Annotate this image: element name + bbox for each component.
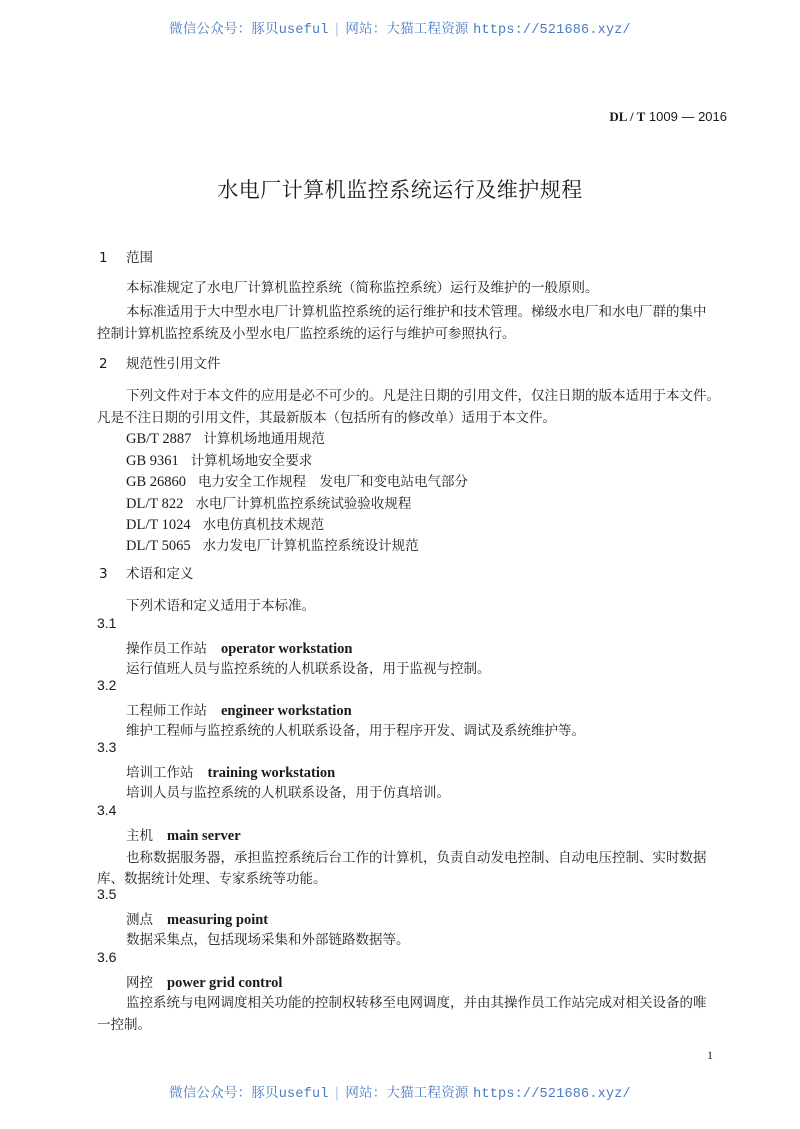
term-heading: 主机main server [126,824,241,845]
term-definition: 培训人员与监控系统的人机联系设备，用于仿真培训。 [126,781,450,801]
section-title: 范围 [126,250,153,266]
section-1-heading: 1范围 [99,246,153,266]
watermark-bottom: 微信公众号：豚贝useful|网站：大猫工程资源 https://521686.… [0,1081,800,1102]
section-3-heading: 3术语和定义 [99,562,194,582]
term-en: power grid control [167,975,282,991]
term-zh: 操作员工作站 [126,641,207,657]
term-zh: 测点 [126,912,153,928]
reference-code: DL/T 822 [126,496,183,513]
watermark-site-label: 网站：大猫工程资源 [345,1085,468,1101]
clause-number: 3.6 [97,949,116,965]
reference-item: DL/T 5065水力发电厂计算机监控系统设计规范 [126,534,419,555]
reference-item: GB/T 2887计算机场地通用规范 [126,427,325,448]
term-heading: 操作员工作站operator workstation [126,637,352,658]
paragraph: 下列术语和定义适用于本标准。 [126,594,315,614]
term-en: measuring point [167,912,268,928]
term-definition-continued: 一控制。 [97,1013,151,1033]
reference-title: 水电厂计算机监控系统试验验收规程 [195,496,411,512]
standard-number: DL / T 1009 — 2016 [609,109,727,125]
term-definition: 监控系统与电网调度相关功能的控制权转移至电网调度，并由其操作员工作站完成对相关设… [126,991,707,1011]
clause-number: 3.2 [97,677,116,693]
watermark-site-label: 网站：大猫工程资源 [345,21,468,37]
clause-number: 3.5 [97,886,116,902]
paragraph: 下列文件对于本文件的应用是必不可少的。凡是注日期的引用文件，仅注日期的版本适用于… [126,384,720,404]
reference-code: GB 26860 [126,474,186,491]
reference-code: DL/T 5065 [126,538,191,555]
watermark-top: 微信公众号：豚贝useful|网站：大猫工程资源 https://521686.… [0,17,800,38]
watermark-separator: | [335,1085,340,1101]
term-definition: 也称数据服务器，承担监控系统后台工作的计算机，负责自动发电控制、自动电压控制、实… [126,846,707,866]
clause-number: 3.4 [97,802,116,818]
watermark-wechat-name: useful [279,23,329,38]
term-definition: 维护工程师与监控系统的人机联系设备，用于程序开发、调试及系统维护等。 [126,719,585,739]
watermark-url[interactable]: https://521686.xyz/ [473,23,631,38]
term-heading: 工程师工作站engineer workstation [126,699,352,720]
term-definition: 数据采集点，包括现场采集和外部链路数据等。 [126,928,410,948]
standard-code: 1009 — 2016 [649,109,727,124]
term-zh: 培训工作站 [126,765,194,781]
paragraph-continued: 凡是不注日期的引用文件，其最新版本（包括所有的修改单）适用于本文件。 [97,406,556,426]
reference-title: 计算机场地通用规范 [203,431,325,447]
page-number: 1 [707,1048,713,1063]
term-zh: 主机 [126,828,153,844]
paragraph-continued: 控制计算机监控系统及小型水电厂监控系统的运行与维护可参照执行。 [97,322,516,342]
section-number: 1 [99,250,126,266]
reference-title: 水电仿真机技术规范 [203,517,325,533]
term-en: main server [167,828,241,844]
clause-number: 3.1 [97,615,116,631]
term-definition: 运行值班人员与监控系统的人机联系设备，用于监视与控制。 [126,657,491,677]
reference-code: GB/T 2887 [126,431,191,448]
term-en: engineer workstation [221,703,352,719]
reference-item: GB 9361计算机场地安全要求 [126,449,312,470]
reference-code: DL/T 1024 [126,517,191,534]
paragraph: 本标准规定了水电厂计算机监控系统（简称监控系统）运行及维护的一般原则。 [126,276,599,296]
reference-item: DL/T 1024水电仿真机技术规范 [126,513,324,534]
reference-code: GB 9361 [126,453,179,470]
section-2-heading: 2规范性引用文件 [99,352,221,372]
term-heading: 网控power grid control [126,971,282,992]
term-en: operator workstation [221,641,352,657]
term-definition-continued: 库、数据统计处理、专家系统等功能。 [97,867,327,887]
reference-title: 电力安全工作规程 发电厂和变电站电气部分 [198,474,468,490]
watermark-separator: | [335,21,340,37]
section-number: 3 [99,566,126,582]
paragraph: 本标准适用于大中型水电厂计算机监控系统的运行维护和技术管理。梯级水电厂和水电厂群… [126,300,707,320]
standard-prefix: DL / T [609,109,645,124]
term-heading: 培训工作站training workstation [126,761,335,782]
watermark-url[interactable]: https://521686.xyz/ [473,1087,631,1102]
term-zh: 工程师工作站 [126,703,207,719]
term-en: training workstation [208,765,336,781]
reference-item: DL/T 822水电厂计算机监控系统试验验收规程 [126,492,411,513]
watermark-wechat-name: useful [279,1087,329,1102]
reference-title: 水力发电厂计算机监控系统设计规范 [203,538,419,554]
watermark-wechat-label: 微信公众号：豚贝 [169,1085,279,1101]
term-zh: 网控 [126,975,153,991]
clause-number: 3.3 [97,739,116,755]
reference-title: 计算机场地安全要求 [191,453,313,469]
section-title: 规范性引用文件 [126,356,221,372]
watermark-wechat-label: 微信公众号：豚贝 [169,21,279,37]
reference-item: GB 26860电力安全工作规程 发电厂和变电站电气部分 [126,470,468,491]
section-number: 2 [99,356,126,372]
document-title: 水电厂计算机监控系统运行及维护规程 [0,174,800,204]
term-heading: 测点measuring point [126,908,268,929]
section-title: 术语和定义 [126,566,194,582]
